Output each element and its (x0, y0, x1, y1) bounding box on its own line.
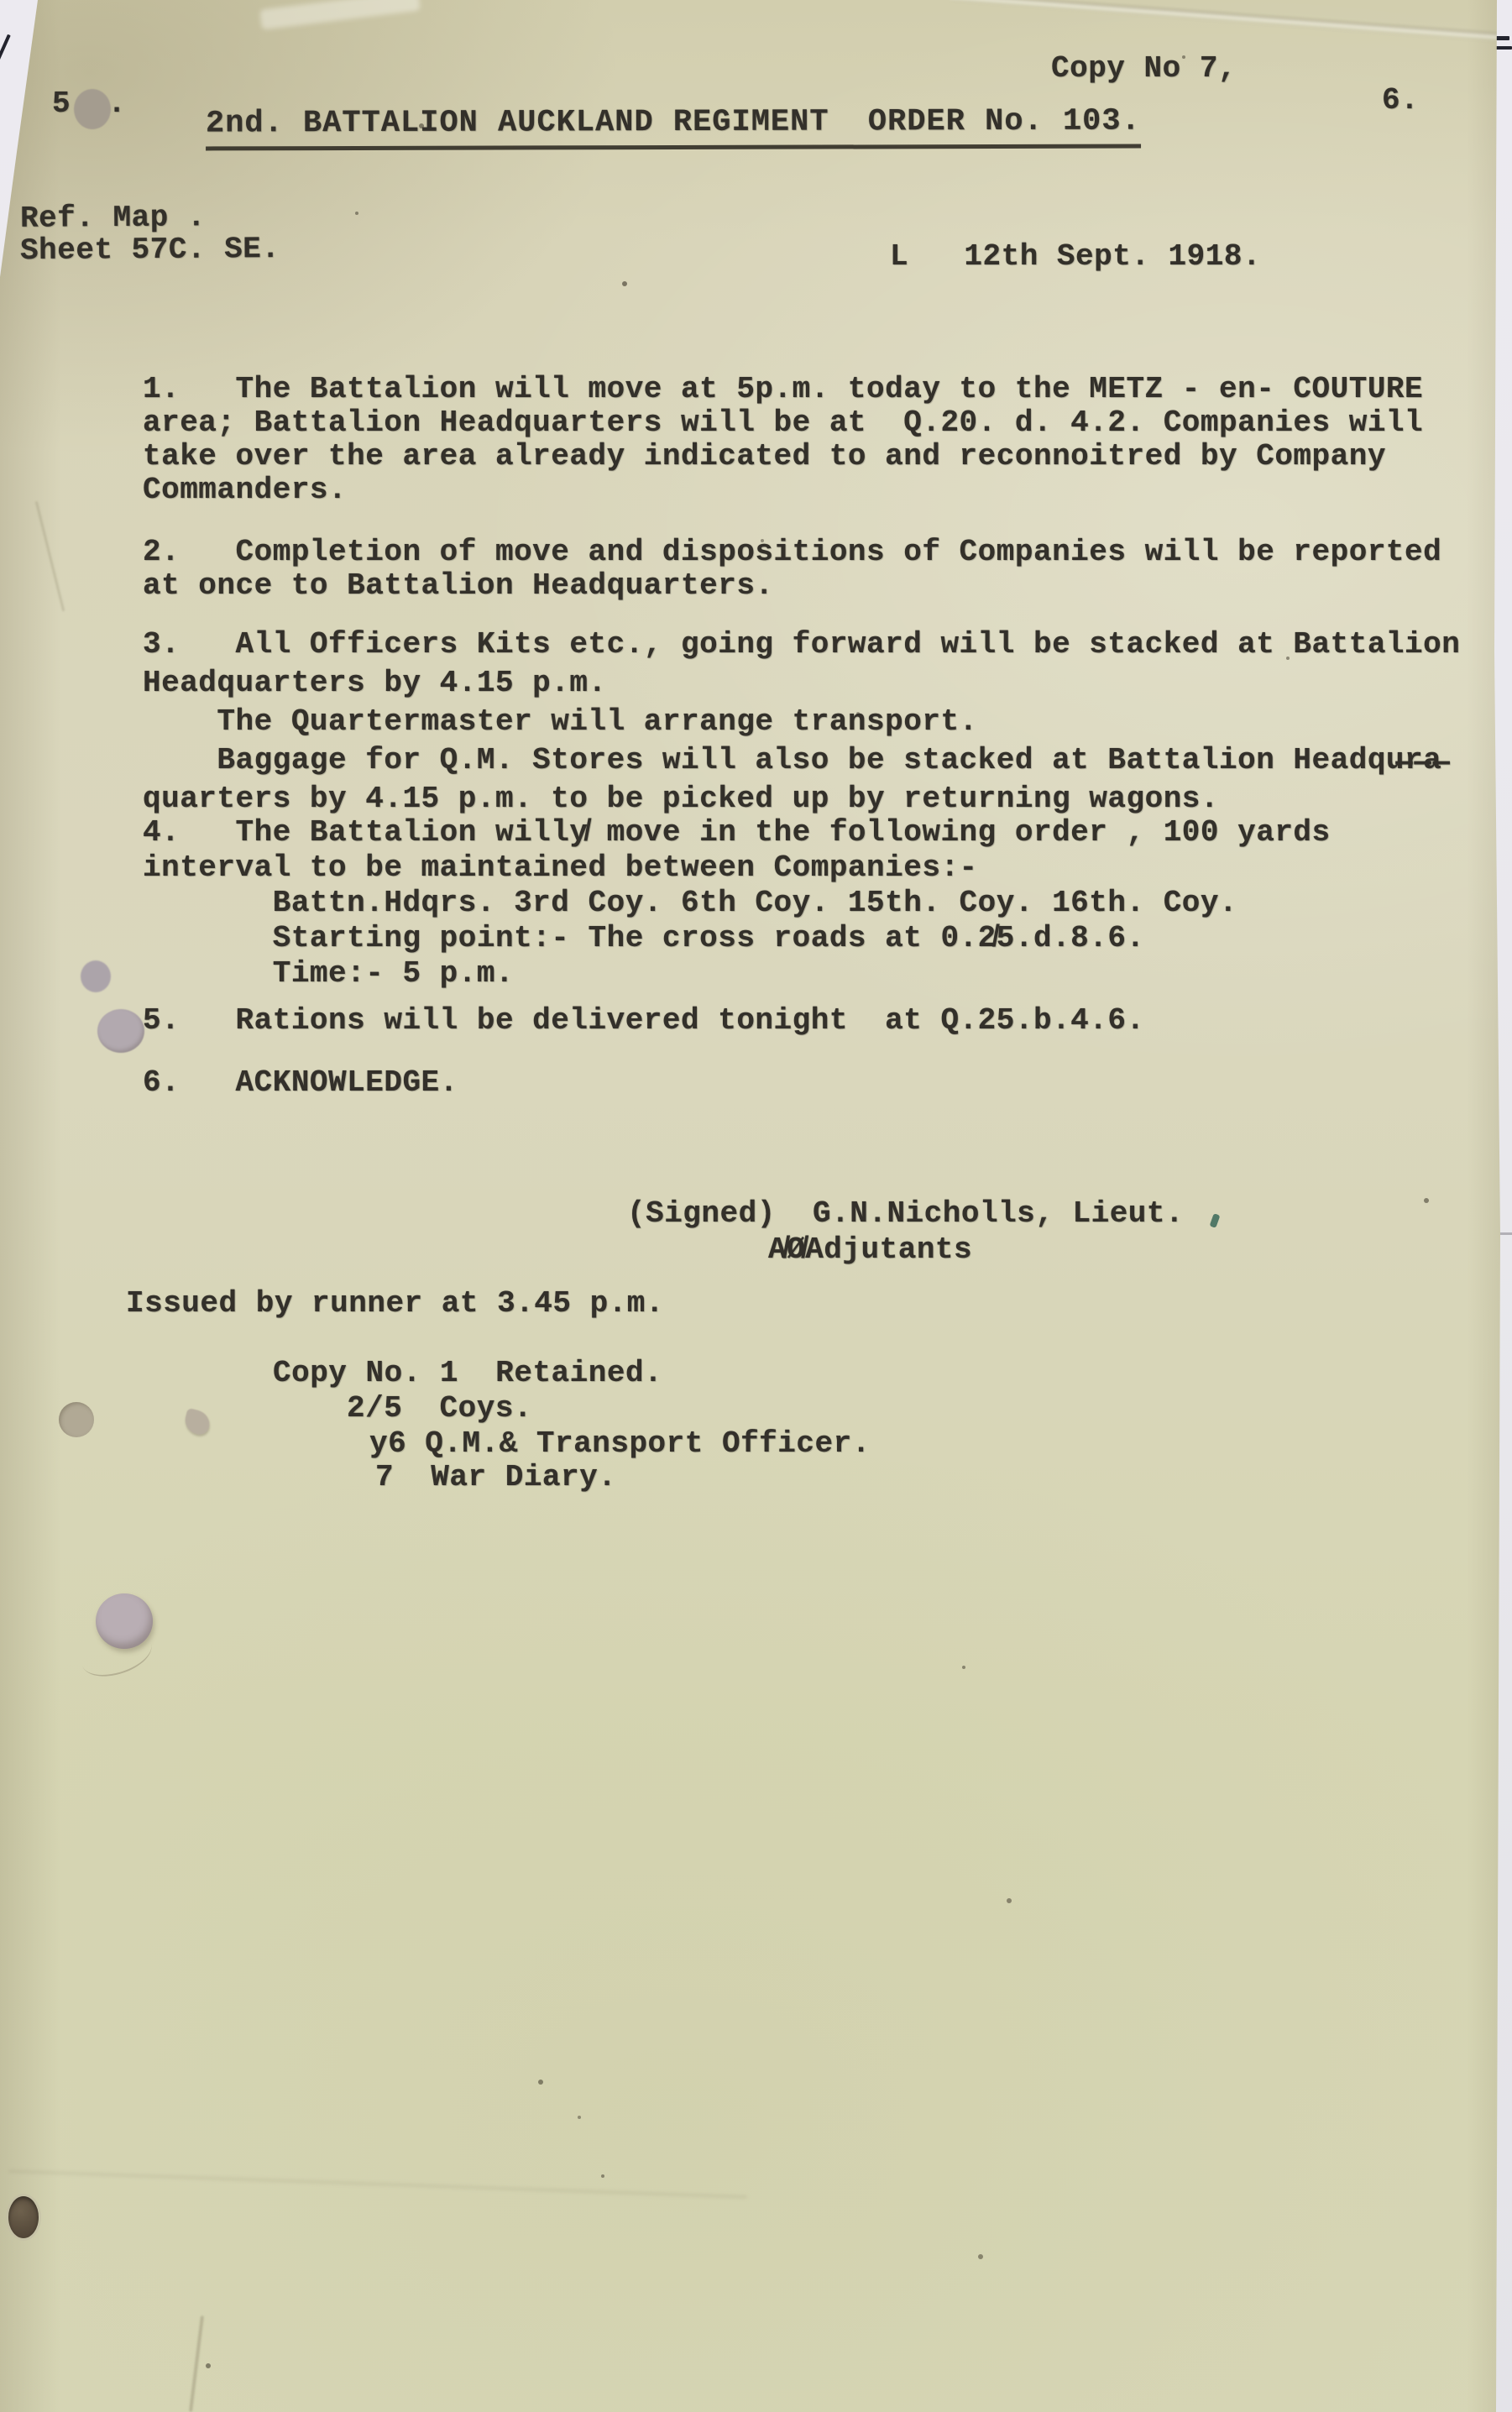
document-paper: Copy No 7, 6. 5 . 2nd. BATTALION AUCKLAN… (0, 0, 1512, 2412)
paragraph-3: 3. All Officers Kits etc., going forward… (143, 625, 1460, 819)
paragraph-6: 6. ACKNOWLEDGE. (143, 1066, 458, 1100)
paragraph-1: 1. The Battalion will move at 5p.m. toda… (143, 373, 1423, 507)
distribution-line-4: 7 War Diary. (375, 1461, 616, 1494)
crease-bottom-left-vertical (189, 2315, 204, 2412)
distribution-line-1: Copy No. 1 Retained. (273, 1357, 662, 1390)
pen-mark-top-left (0, 34, 11, 62)
paragraph-2: 2. Completion of move and dispositions o… (143, 536, 1441, 603)
date-line: L 12th Sept. 1918. (890, 240, 1261, 274)
signature-line: (Signed) G.N.Nicholls, Lieut. (627, 1197, 1184, 1231)
pen-dash-top-right-1 (1496, 36, 1509, 40)
margin-number: 5 . (52, 87, 126, 121)
sheet-line: Sheet 57C. SE. (20, 233, 280, 268)
crease-bottom-diagonal (8, 2170, 747, 2199)
small-gray-spot-left (81, 960, 111, 992)
punch-hole-bottom-left (8, 2196, 39, 2238)
issued-line: Issued by runner at 3.45 p.m. (126, 1287, 664, 1321)
distribution-line-2: 2/5 Coys. (347, 1392, 532, 1426)
order-title: 2nd. BATTALION AUCKLAND REGIMENT ORDER N… (206, 105, 1141, 151)
tan-circle-hole (59, 1402, 94, 1437)
torn-notch (182, 1408, 212, 1436)
paragraph-5: 5. Rations will be delivered tonight at … (143, 1004, 1145, 1038)
ref-map-line: Ref. Map . (20, 201, 206, 236)
signature-role: A̸Ø̸Adjutants (768, 1233, 972, 1267)
large-pale-hole (96, 1593, 153, 1649)
distribution-line-3: y6 Q.M.& Transport Officer. (369, 1427, 871, 1461)
copy-number: Copy No 7, (1051, 52, 1237, 86)
green-ink-tick (1210, 1213, 1221, 1228)
large-gray-spot-left (97, 1009, 144, 1053)
crease-top-center (259, 0, 421, 29)
photo-of-document: Copy No 7, 6. 5 . 2nd. BATTALION AUCKLAN… (0, 0, 1512, 2412)
paragraph-4: 4. The Battalion willy̸ move in the foll… (143, 815, 1331, 991)
page-number: 6. (1382, 84, 1419, 118)
crease-top-right (950, 0, 1512, 43)
crease-left-edge (35, 501, 65, 612)
dust-specks (0, 0, 3, 3)
